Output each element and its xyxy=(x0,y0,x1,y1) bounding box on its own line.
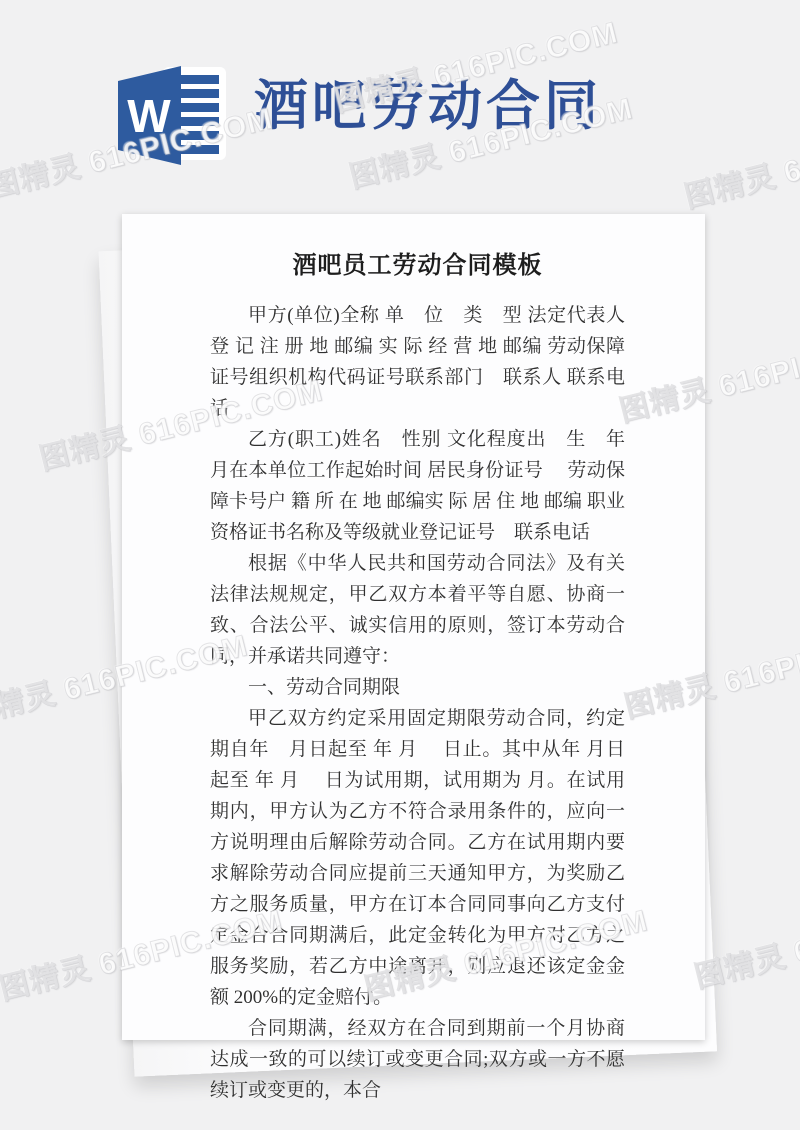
word-icon: W xyxy=(106,62,238,170)
watermark-text: 图精灵 616PIC.COM xyxy=(679,103,800,216)
paragraph-section-heading: 一、劳动合同期限 xyxy=(210,672,625,703)
paragraph-party-a: 甲方(单位)全称 单 位 类 型 法定代表人 登 记 注 册 地 邮编 实 际 … xyxy=(210,300,625,424)
document-page: 酒吧员工劳动合同模板 甲方(单位)全称 单 位 类 型 法定代表人 登 记 注 … xyxy=(122,214,705,1040)
document-body: 甲方(单位)全称 单 位 类 型 法定代表人 登 记 注 册 地 邮编 实 际 … xyxy=(210,300,625,1106)
paragraph-party-b: 乙方(职工)姓名 性别 文化程度出 生 年 月在本单位工作起始时间 居民身份证号… xyxy=(210,424,625,548)
paragraph-contract-term: 甲乙双方约定采用固定期限劳动合同，约定期自年 月日起至 年 月 日止。其中从年 … xyxy=(210,703,625,1013)
document-title: 酒吧员工劳动合同模板 xyxy=(210,250,625,282)
paragraph-renewal: 合同期满，经双方在合同到期前一个月协商达成一致的可以续订或变更合同;双方或一方不… xyxy=(210,1013,625,1106)
page-background: W 酒吧劳动合同 酒吧员工劳动合同模板 甲方(单位)全称 单 位 类 型 法定代… xyxy=(0,0,800,1130)
paragraph-preamble: 根据《中华人民共和国劳动合同法》及有关法律法规规定，甲乙双方本着平等自愿、协商一… xyxy=(210,548,625,672)
page-title: 酒吧劳动合同 xyxy=(254,76,602,136)
word-icon-letter: W xyxy=(127,90,171,142)
header: W 酒吧劳动合同 xyxy=(106,60,238,172)
